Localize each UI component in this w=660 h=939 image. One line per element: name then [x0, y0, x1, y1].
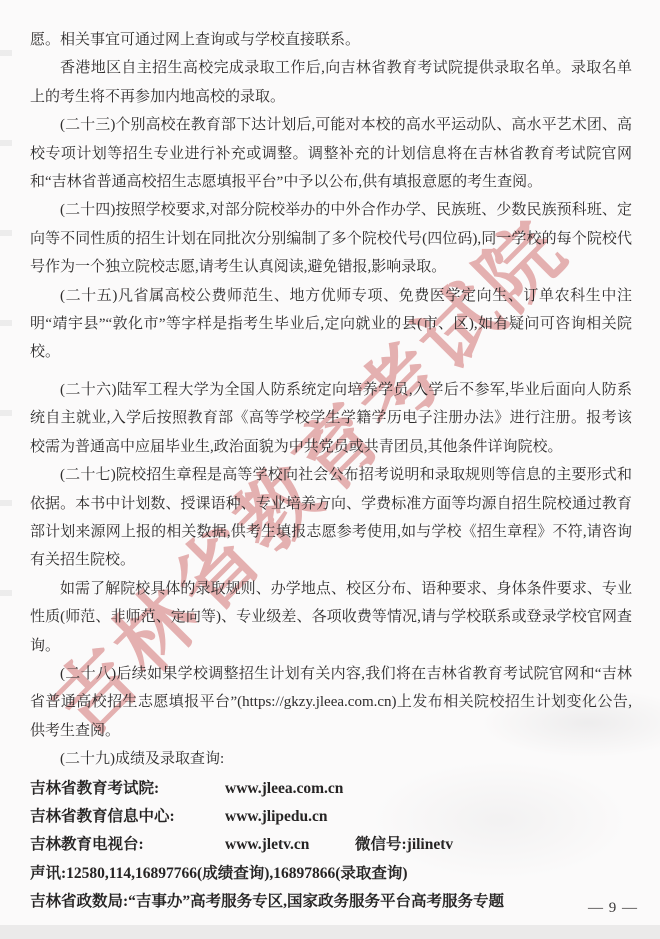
contact-wechat-id: 微信号:jilinetv	[355, 831, 453, 859]
contact-block: 吉林省教育考试院: www.jleea.com.cn 吉林省教育信息中心: ww…	[30, 775, 632, 917]
contact-label: 吉林省教育信息中心:	[30, 803, 225, 831]
contact-row-edu-tv: 吉林教育电视台: www.jletv.cn 微信号:jilinetv	[30, 831, 632, 859]
contact-label: 吉林省教育考试院:	[30, 775, 225, 803]
paper-smudge	[0, 50, 12, 670]
contact-row-exam-authority: 吉林省教育考试院: www.jleea.com.cn	[30, 775, 632, 803]
document-page: { "watermark": { "text": "吉林省教育考试院", "co…	[0, 0, 660, 939]
scan-edge-band	[0, 925, 660, 939]
paragraph-item-25: (二十五)凡省属高校公费师范生、地方优师专项、免费医学定向生、订单农科生中注明“…	[30, 282, 632, 367]
contact-gov-service-line: 吉林省政数局:“吉事办”高考服务专区,国家政务服务平台高考服务专题	[30, 888, 632, 916]
contact-url: www.jlipedu.cn	[225, 803, 337, 831]
paragraph-item-26: (二十六)陆军工程大学为全国人防系统定向培养学员,入学后不参军,毕业后面向人防系…	[30, 376, 632, 461]
contact-hotline-line: 声讯:12580,114,16897766(成绩查询),16897866(录取查…	[30, 860, 632, 888]
contact-row-info-center: 吉林省教育信息中心: www.jlipedu.cn	[30, 803, 632, 831]
paragraph-item-24: (二十四)按照学校要求,对部分院校举办的中外合作办学、民族班、少数民族预科班、定…	[30, 196, 632, 281]
paragraph-item-27: (二十七)院校招生章程是高等学校向社会公布招考说明和录取规则等信息的主要形式和依…	[30, 461, 632, 575]
paragraph: 如需了解院校具体的录取规则、办学地点、校区分布、语种要求、身体条件要求、专业性质…	[30, 575, 632, 660]
paragraph-item-29-heading: (二十九)成绩及录取查询:	[30, 745, 632, 773]
document-body: 愿。相关事宜可通过网上查询或与学校直接联系。 香港地区自主招生高校完成录取工作后…	[30, 26, 632, 917]
contact-label: 吉林教育电视台:	[30, 831, 225, 859]
paragraph-item-28: (二十八)后续如果学校调整招生计划有关内容,我们将在吉林省教育考试院官网和“吉林…	[30, 660, 632, 745]
page-number: — 9 —	[588, 900, 638, 917]
paragraph: 香港地区自主招生高校完成录取工作后,向吉林省教育考试院提供录取名单。录取名单上的…	[30, 54, 632, 111]
contact-url: www.jleea.com.cn	[225, 775, 343, 803]
paragraph: 愿。相关事宜可通过网上查询或与学校直接联系。	[30, 26, 632, 54]
paragraph-item-23: (二十三)个别高校在教育部下达计划后,可能对本校的高水平运动队、高水平艺术团、高…	[30, 111, 632, 196]
contact-url: www.jletv.cn	[225, 831, 337, 859]
